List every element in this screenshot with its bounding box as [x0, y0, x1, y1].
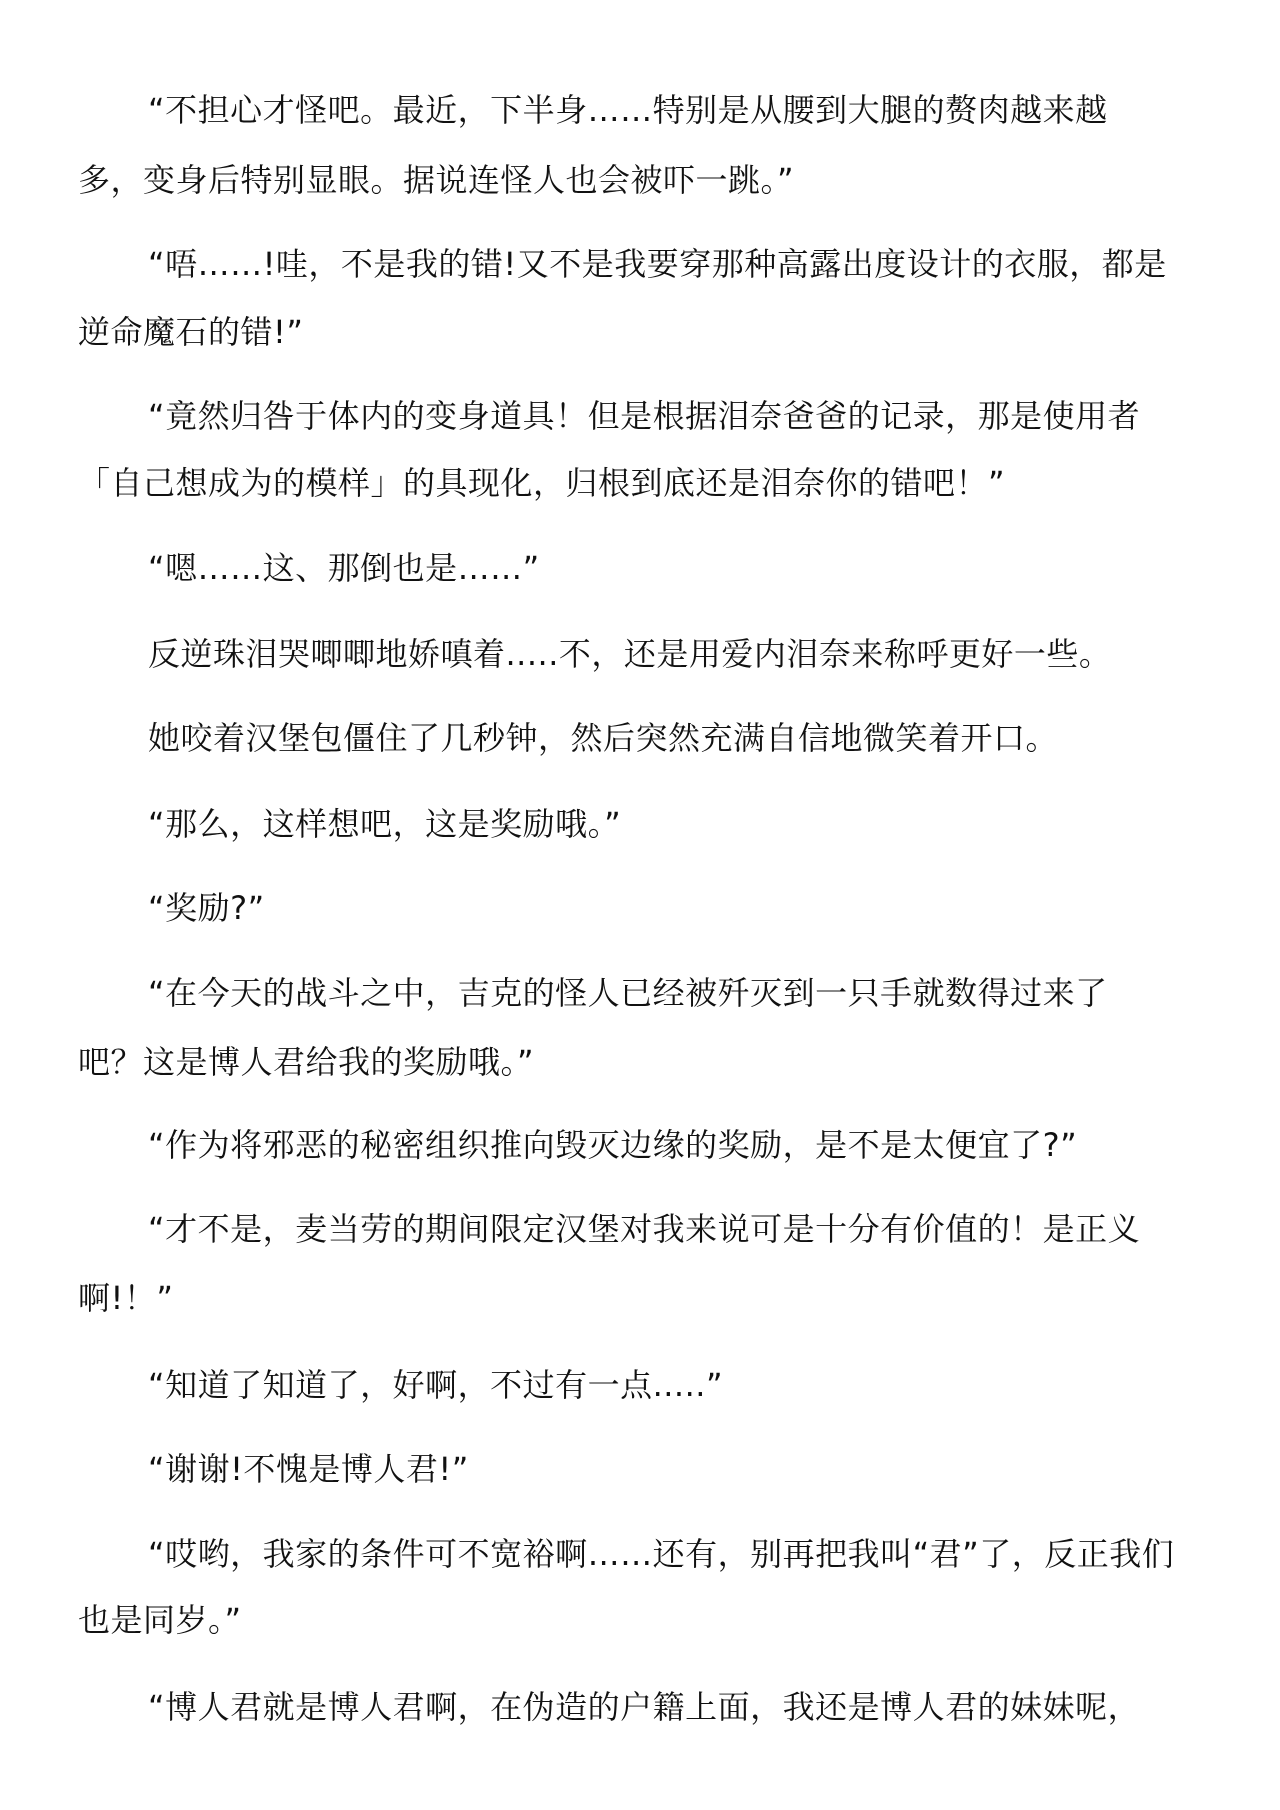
text-line: “嗯……这、那倒也是……”: [148, 548, 540, 588]
text-line: “博人君就是博人君啊，在伪造的户籍上面，我还是博人君的妹妹呢，: [148, 1687, 1140, 1727]
text-line: 啊!！”: [78, 1278, 173, 1318]
text-line: “知道了知道了，好啊，不过有一点.....”: [148, 1365, 723, 1405]
text-line: “唔……!哇，不是我的错!又不是我要穿那种高露出度设计的衣服，都是: [148, 244, 1167, 284]
text-line: “才不是，麦当劳的期间限定汉堡对我来说可是十分有价值的！是正义: [148, 1209, 1140, 1249]
text-line: “哎哟，我家的条件可不宽裕啊……还有，别再把我叫“君”了，反正我们: [148, 1534, 1174, 1574]
text-line: “那么，这样想吧，这是奖励哦。”: [148, 804, 621, 844]
text-line: “竟然归咎于体内的变身道具！但是根据泪奈爸爸的记录，那是使用者: [148, 396, 1140, 436]
text-line: 逆命魔石的错!”: [78, 312, 303, 352]
text-line: 她咬着汉堡包僵住了几秒钟，然后突然充满自信地微笑着开口。: [148, 718, 1058, 758]
text-line: “不担心才怪吧。最近，下半身……特别是从腰到大腿的赘肉越来越: [148, 90, 1108, 130]
text-line: 吧？这是博人君给我的奖励哦。”: [78, 1042, 534, 1082]
text-line: “作为将邪恶的秘密组织推向毁灭边缘的奖励，是不是太便宜了?”: [148, 1125, 1077, 1165]
text-line: “谢谢!不愧是博人君!”: [148, 1449, 469, 1489]
text-line: 反逆珠泪哭唧唧地娇嗔着.....不，还是用爱内泪奈来称呼更好一些。: [148, 634, 1111, 674]
text-line: “在今天的战斗之中，吉克的怪人已经被歼灭到一只手就数得过来了: [148, 973, 1108, 1013]
text-line: 「自己想成为的模样」的具现化，归根到底还是泪奈你的错吧！”: [78, 463, 1005, 503]
text-line: 多，变身后特别显眼。据说连怪人也会被吓一跳。”: [78, 160, 794, 200]
text-line: “奖励?”: [148, 888, 265, 928]
text-line: 也是同岁。”: [78, 1600, 242, 1640]
